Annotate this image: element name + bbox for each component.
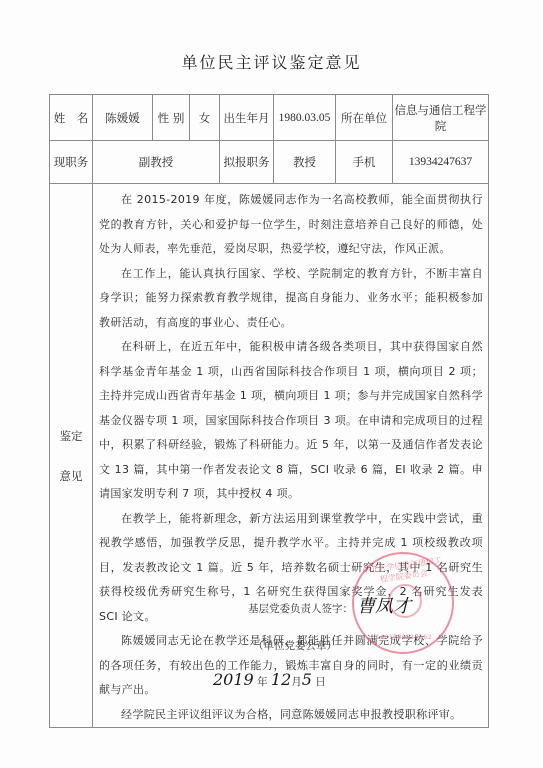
personal-info-row: 姓 名 陈媛媛 性 别 女 出生年月 1980.03.05 所在单位 信息与通信…	[50, 95, 489, 141]
seal-code: 1401080017662	[372, 634, 436, 641]
assessment-row: 鉴定 意见 在 2015-2019 年度，陈媛媛同志作为一名高校教师，能全面贯彻…	[50, 184, 489, 728]
paragraph-conclusion: 经学院民主评议组评议为合格，同意陈媛媛同志申报教授职称评审。	[99, 703, 483, 728]
signature-label: 基层党委负责人签字：	[248, 603, 353, 615]
birth-label: 出生年月	[220, 95, 274, 141]
signature-line: 基层党委负责人签字：曹凤才	[248, 592, 411, 618]
phone-label: 手机	[336, 141, 393, 184]
date-line: 2019 年 12月5 日	[213, 670, 326, 689]
date-day: 5	[302, 670, 312, 689]
current-title-value: 副教授	[93, 141, 220, 184]
position-info-row: 现职务 副教授 拟报职务 教授 手机 13934247637	[50, 141, 489, 184]
paragraph-ethics: 在 2015-2019 年度，陈媛媛同志作为一名高校教师，能全面贯彻执行党的教育…	[99, 188, 483, 262]
unit-label: 所在单位	[336, 95, 393, 141]
assessment-form-table: 姓 名 陈媛媛 性 别 女 出生年月 1980.03.05 所在单位 信息与通信…	[49, 94, 489, 728]
paragraph-work: 在工作上，能认真执行国家、学校、学院制定的教育方针，不断丰富自身学识；能努力探索…	[99, 262, 483, 336]
assessment-label-line2: 意见	[50, 456, 92, 496]
date-year-unit: 年	[257, 676, 268, 688]
assessment-label-line1: 鉴定	[50, 416, 92, 456]
date-month: 12	[271, 670, 291, 689]
unit-value: 信息与通信工程学院	[393, 95, 489, 141]
date-day-unit: 日	[315, 676, 326, 688]
page-title: 单位民主评议鉴定意见	[0, 50, 543, 73]
birth-value: 1980.03.05	[274, 95, 336, 141]
seal-label: （单位党委公章）	[253, 638, 337, 653]
proposed-title-value: 教授	[274, 141, 336, 184]
date-month-unit: 月	[291, 676, 302, 688]
proposed-title-label: 拟报职务	[220, 141, 274, 184]
name-label: 姓 名	[50, 95, 93, 141]
date-year: 2019	[213, 670, 254, 689]
assessment-label: 鉴定 意见	[50, 184, 93, 728]
assessment-content: 在 2015-2019 年度，陈媛媛同志作为一名高校教师，能全面贯彻执行党的教育…	[93, 184, 489, 728]
gender-value: 女	[190, 95, 220, 141]
current-title-label: 现职务	[50, 141, 93, 184]
phone-value: 13934247637	[393, 141, 489, 184]
gender-label: 性 别	[153, 95, 190, 141]
paragraph-research: 在科研上，在近五年中，能积极申请各级各类项目，其中获得国家自然科学基金青年基金 …	[99, 335, 483, 507]
name-value: 陈媛媛	[93, 95, 153, 141]
handwritten-signature: 曹凤才	[357, 596, 411, 617]
